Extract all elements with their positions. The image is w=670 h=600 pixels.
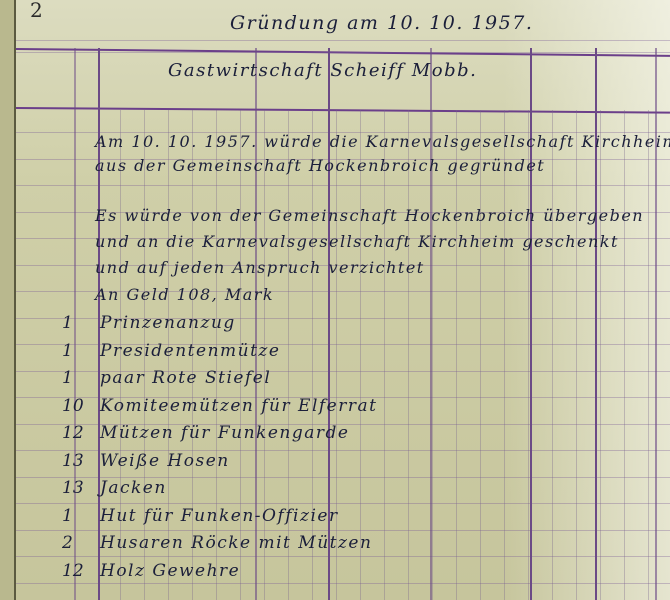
inventory-qty: 2 xyxy=(62,533,92,553)
column-rule xyxy=(595,48,597,600)
grid-line xyxy=(384,110,385,600)
paragraph-line: Am 10. 10. 1957. würde die Karnevalsgese… xyxy=(95,132,670,151)
ledger-page: 2 Gründung am 10. 10. 1957. Gastwirtscha… xyxy=(0,0,670,600)
inventory-qty: 12 xyxy=(62,423,92,443)
column-rule xyxy=(430,48,432,600)
inventory-qty: 12 xyxy=(62,561,92,581)
grid-line xyxy=(360,110,361,600)
inventory-item: paar Rote Stiefel xyxy=(100,368,271,388)
grid-line xyxy=(456,110,457,600)
grid-line xyxy=(288,110,289,600)
grid-line xyxy=(528,110,529,600)
paragraph-line: und auf jeden Anspruch verzichtet xyxy=(95,258,425,277)
money-line: An Geld 108, Mark xyxy=(95,285,274,304)
grid-line xyxy=(576,110,577,600)
grid-line xyxy=(432,110,433,600)
page-number: 2 xyxy=(30,0,43,22)
ruling-line xyxy=(16,107,670,114)
inventory-item: Prinzenanzug xyxy=(100,313,236,333)
inventory-item: Husaren Röcke mit Mützen xyxy=(100,533,372,553)
inventory-qty: 13 xyxy=(62,451,92,471)
grid-line xyxy=(16,185,670,186)
inventory-item: Komiteemützen für Elferrat xyxy=(100,396,377,416)
grid-line xyxy=(16,583,670,584)
grid-line xyxy=(16,556,670,557)
paragraph-line: Es würde von der Gemeinschaft Hockenbroi… xyxy=(95,206,644,225)
inventory-item: Presidentenmütze xyxy=(100,341,280,361)
grid-line xyxy=(552,110,553,600)
grid-line xyxy=(624,110,625,600)
grid-line xyxy=(16,530,670,531)
inventory-item: Mützen für Funkengarde xyxy=(100,423,349,443)
inventory-item: Hut für Funken-Offizier xyxy=(100,506,339,526)
inventory-qty: 1 xyxy=(62,368,92,388)
inventory-qty: 1 xyxy=(62,313,92,333)
grid-line xyxy=(648,110,649,600)
inventory-qty: 13 xyxy=(62,478,92,498)
ruling-line xyxy=(16,40,670,41)
inventory-item: Weiße Hosen xyxy=(100,451,230,471)
inventory-qty: 10 xyxy=(62,396,92,416)
paragraph-line: aus der Gemeinschaft Hockenbroich gegrün… xyxy=(95,156,545,175)
grid-line xyxy=(336,110,337,600)
grid-line xyxy=(600,110,601,600)
location-line: Gastwirtschaft Scheiff Mobb. xyxy=(168,60,477,81)
grid-line xyxy=(504,110,505,600)
inventory-item: Jacken xyxy=(100,478,167,498)
inventory-item: Holz Gewehre xyxy=(100,561,240,581)
grid-line xyxy=(16,503,670,504)
heading: Gründung am 10. 10. 1957. xyxy=(230,12,533,34)
inventory-qty: 1 xyxy=(62,341,92,361)
grid-line xyxy=(312,110,313,600)
ruling-line xyxy=(16,52,670,53)
grid-line xyxy=(408,110,409,600)
column-rule xyxy=(14,0,16,600)
column-rule xyxy=(530,48,532,600)
inventory-qty: 1 xyxy=(62,506,92,526)
grid-line xyxy=(480,110,481,600)
column-rule xyxy=(655,48,657,600)
paragraph-line: und an die Karnevalsgesellschaft Kirchhe… xyxy=(95,232,619,251)
